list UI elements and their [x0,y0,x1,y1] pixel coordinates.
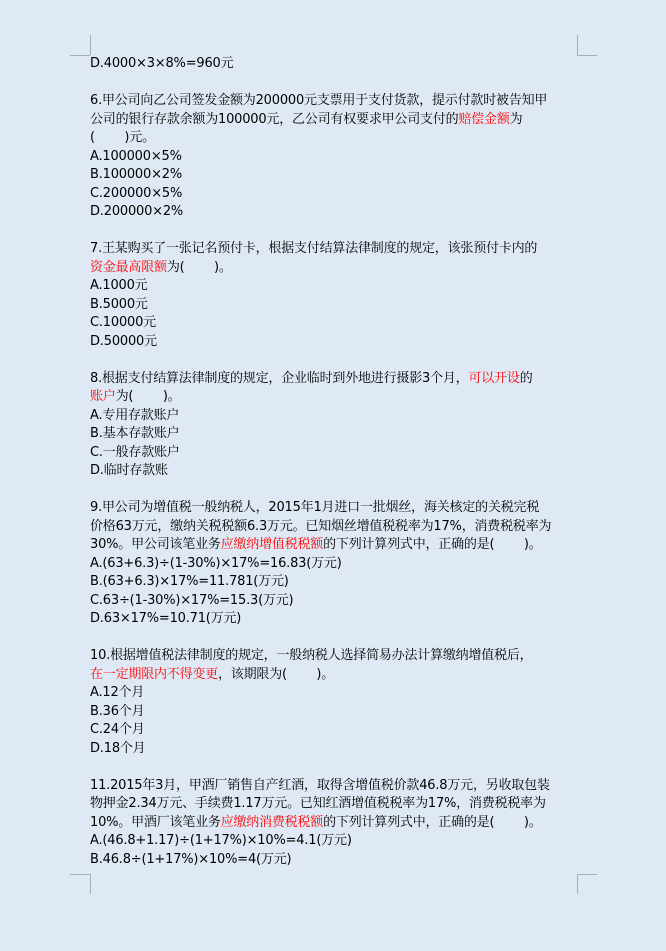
crop-mark-bottom-right-vertical [577,874,578,894]
question-11: 11.2015年3月，甲酒厂销售自产红酒，取得含增值税价款46.8万元，另收取包… [90,777,580,870]
paragraph-spacer [90,481,580,500]
answer-option-b: B.5000元 [90,296,580,315]
highlighted-keyword: 资金最高限额 [90,260,167,275]
paragraph-spacer [90,758,580,777]
crop-mark-top-right-vertical [577,35,578,55]
highlighted-keyword: 赔偿金额 [458,112,509,127]
answer-option-c: C.24个月 [90,721,580,740]
answer-option-b: B.46.8÷(1+17%)×10%=4(万元) [90,851,580,870]
stem-text: 9.甲公司为增值税一般纳税人，2015年1月进口一批烟丝，海关核定的关税完税 [90,500,539,515]
question-10: 10.根据增值税法律制度的规定，一般纳税人选择简易办法计算缴纳增值税后，在一定期… [90,647,580,758]
question-6: 6.甲公司向乙公司签发金额为200000元支票用于支付货款，提示付款时被告知甲公… [90,92,580,222]
stem-text: 10.根据增值税法律制度的规定，一般纳税人选择简易办法计算缴纳增值税后， [90,648,532,663]
answer-option-c: C.63÷(1-30%)×17%=15.3(万元) [90,592,580,611]
answer-option-c: C.10000元 [90,314,580,333]
answer-option-c: C.200000×5% [90,185,580,204]
answer-option-b: B.(63+6.3)×17%=11.781(万元) [90,573,580,592]
answer-option-a: A.专用存款账户 [90,407,580,426]
stem-text: ，该期限为( )。 [218,667,334,682]
highlighted-keyword: 应缴纳消费税税额 [221,815,323,830]
answer-option-d: D.63×17%=10.71(万元) [90,610,580,629]
previous-question-option-d: D.4000×3×8%=960元 [90,55,580,74]
crop-mark-top-right-horizontal [577,55,597,56]
question-stem-line: 6.甲公司向乙公司签发金额为200000元支票用于支付货款，提示付款时被告知甲 [90,92,580,111]
answer-option-a: A.(63+6.3)÷(1-30%)×17%=16.83(万元) [90,555,580,574]
stem-text: 为( )。 [167,260,232,275]
paragraph-spacer [90,222,580,241]
paragraph-spacer [90,74,580,93]
question-stem-line: 在一定期限内不得变更，该期限为( )。 [90,666,580,685]
question-stem-line: 8.根据支付结算法律制度的规定，企业临时到外地进行摄影3个月，可以开设的 [90,370,580,389]
answer-option-b: B.基本存款账户 [90,425,580,444]
paragraph-spacer [90,351,580,370]
question-stem-line: 7.王某购买了一张记名预付卡，根据支付结算法律制度的规定，该张预付卡内的 [90,240,580,259]
question-stem-line: ( )元。 [90,129,580,148]
answer-option-d: D.18个月 [90,740,580,759]
stem-text: 公司的银行存款余额为100000元，乙公司有权要求甲公司支付的 [90,112,458,127]
question-stem-line: 11.2015年3月，甲酒厂销售自产红酒，取得含增值税价款46.8万元，另收取包… [90,777,580,796]
stem-text: 的 [520,371,533,386]
stem-text: 8.根据支付结算法律制度的规定，企业临时到外地进行摄影3个月， [90,371,468,386]
question-stem-line: 公司的银行存款余额为100000元，乙公司有权要求甲公司支付的赔偿金额为 [90,111,580,130]
crop-mark-bottom-left-vertical [90,874,91,894]
highlighted-keyword: 在一定期限内不得变更 [90,667,218,682]
crop-mark-top-left-vertical [90,35,91,55]
answer-option-a: A.100000×5% [90,148,580,167]
stem-text: 7.王某购买了一张记名预付卡，根据支付结算法律制度的规定，该张预付卡内的 [90,241,537,256]
question-9: 9.甲公司为增值税一般纳税人，2015年1月进口一批烟丝，海关核定的关税完税价格… [90,499,580,629]
stem-text: 6.甲公司向乙公司签发金额为200000元支票用于支付货款，提示付款时被告知甲 [90,93,547,108]
stem-text: 10%。甲酒厂该笔业务 [90,815,221,830]
paragraph-spacer [90,629,580,648]
stem-text: 的下列计算列式中，正确的是( )。 [323,815,541,830]
question-8: 8.根据支付结算法律制度的规定，企业临时到外地进行摄影3个月，可以开设的账户为(… [90,370,580,481]
stem-text: ( )元。 [90,130,155,145]
crop-mark-top-left-horizontal [70,55,90,56]
question-stem-line: 10%。甲酒厂该笔业务应缴纳消费税税额的下列计算列式中，正确的是( )。 [90,814,580,833]
question-list: 6.甲公司向乙公司签发金额为200000元支票用于支付货款，提示付款时被告知甲公… [90,92,580,869]
question-stem-line: 9.甲公司为增值税一般纳税人，2015年1月进口一批烟丝，海关核定的关税完税 [90,499,580,518]
question-stem-line: 物押金2.34万元、手续费1.17万元。已知红酒增值税税率为17%，消费税税率为 [90,795,580,814]
highlighted-keyword: 可以开设 [468,371,519,386]
question-stem-line: 价格63万元，缴纳关税税额6.3万元。已知烟丝增值税税率为17%，消费税税率为 [90,518,580,537]
stem-text: 为( )。 [116,389,181,404]
crop-mark-bottom-right-horizontal [577,874,597,875]
question-stem-line: 10.根据增值税法律制度的规定，一般纳税人选择简易办法计算缴纳增值税后， [90,647,580,666]
answer-option-b: B.36个月 [90,703,580,722]
stem-text: 的下列计算列式中，正确的是( )。 [323,537,541,552]
answer-option-b: B.100000×2% [90,166,580,185]
stem-text: 价格63万元，缴纳关税税额6.3万元。已知烟丝增值税税率为17%，消费税税率为 [90,519,551,534]
answer-option-a: A.12个月 [90,684,580,703]
stem-text: 11.2015年3月，甲酒厂销售自产红酒，取得含增值税价款46.8万元，另收取包… [90,778,550,793]
question-stem-line: 账户为( )。 [90,388,580,407]
question-7: 7.王某购买了一张记名预付卡，根据支付结算法律制度的规定，该张预付卡内的资金最高… [90,240,580,351]
crop-mark-bottom-left-horizontal [70,874,90,875]
question-stem-line: 资金最高限额为( )。 [90,259,580,278]
stem-text: 30%。甲公司该笔业务 [90,537,221,552]
answer-option-d: D.50000元 [90,333,580,352]
answer-option-a: A.(46.8+1.17)÷(1+17%)×10%=4.1(万元) [90,832,580,851]
answer-option-d: D.200000×2% [90,203,580,222]
question-stem-line: 30%。甲公司该笔业务应缴纳增值税税额的下列计算列式中，正确的是( )。 [90,536,580,555]
answer-option-d: D.临时存款账 [90,462,580,481]
document-page-body: D.4000×3×8%=960元 6.甲公司向乙公司签发金额为200000元支票… [90,55,580,869]
answer-option-a: A.1000元 [90,277,580,296]
highlighted-keyword: 应缴纳增值税税额 [221,537,323,552]
highlighted-keyword: 账户 [90,389,116,404]
stem-text: 为 [510,112,523,127]
answer-option-c: C.一般存款账户 [90,444,580,463]
stem-text: 物押金2.34万元、手续费1.17万元。已知红酒增值税税率为17%，消费税税率为 [90,796,546,811]
